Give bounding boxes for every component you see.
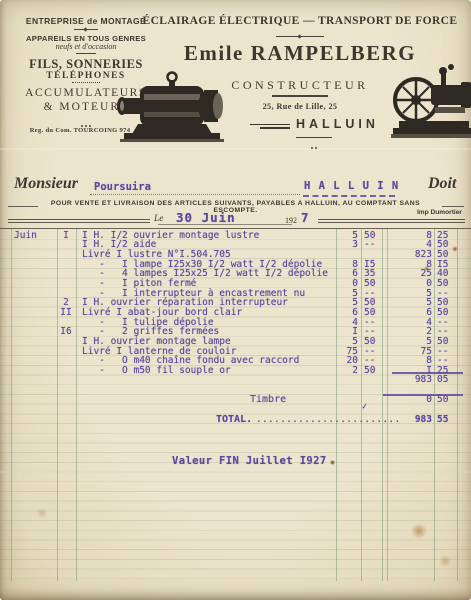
cell-unit-price-francs: 0	[326, 279, 358, 289]
pen-check-mark: ✓	[361, 402, 368, 413]
table-row: I6 - 2 griffes ferméesI--2--	[0, 327, 471, 337]
timbre-francs: 0	[390, 395, 432, 405]
invoice-line-items: JuinII H. I/2 ouvrier montage lustre5508…	[0, 231, 471, 376]
client-city-dashed-underline	[303, 195, 395, 197]
steam-engine-engraving	[391, 55, 471, 150]
total-dot-leaders: ........................	[256, 415, 400, 425]
total-centimes: 55	[437, 415, 455, 425]
ornament-divider	[276, 36, 324, 37]
cell-day: I6	[56, 327, 76, 337]
timbre-label: Timbre	[250, 395, 286, 405]
ornament-rule	[272, 95, 328, 97]
ornament-divider	[74, 29, 98, 30]
cell-unit-price-centimes: --	[364, 240, 380, 250]
table-row: - 4 lampes I25x25 I/2 watt I/2 dépolie63…	[0, 269, 471, 279]
cell-description: Livré I lustre N°I.504.705	[82, 250, 231, 260]
year-typed: 7	[301, 210, 309, 225]
electric-motor-engraving	[110, 70, 238, 144]
subtotal-centimes: 05	[437, 375, 455, 385]
invoice-page: ENTREPRISE de MONTAGE APPAREILS EN TOUS …	[0, 0, 471, 600]
date-value: 30 Juin	[176, 210, 236, 225]
table-row: JuinII H. I/2 ouvrier montage lustre5508…	[0, 231, 471, 241]
table-row: - O m40 chaîne fondu avec raccord20--8--	[0, 356, 471, 366]
terms-rule-right	[442, 206, 464, 207]
company-city: HALLUIN	[296, 117, 379, 131]
salutation-script: Monsieur	[14, 175, 78, 193]
ornament-divider	[76, 53, 96, 54]
cell-unit-price-centimes: 50	[364, 279, 380, 289]
client-city: H A L L U I N	[304, 180, 399, 192]
subtotal-francs: 983	[390, 375, 432, 385]
cell-amount-francs: 0	[390, 279, 432, 289]
ornament-divider	[296, 137, 332, 157]
client-dotted-line	[90, 194, 300, 195]
date-rule-right	[318, 219, 465, 223]
cell-amount-francs: 823	[390, 250, 432, 260]
total-label: TOTAL.	[216, 415, 252, 425]
ornament-double-line	[250, 124, 290, 129]
cell-day: II	[56, 308, 76, 318]
doit-script: Doit	[428, 175, 456, 193]
year-printed: 192	[285, 216, 297, 225]
ornament-divider	[72, 82, 100, 83]
table-top-rule	[0, 228, 471, 229]
cell-amount-centimes: 50	[437, 279, 455, 289]
cell-month: Juin	[14, 231, 54, 241]
date-prefix: Le	[154, 214, 164, 224]
client-name: Poursuira	[94, 181, 151, 193]
table-row: IILivré I abat-jour bord clair650650	[0, 308, 471, 318]
date-rule-left	[8, 219, 150, 223]
table-row: I H. I/2 aide3--450	[0, 240, 471, 250]
printer-credit: Imp Dumortier	[390, 209, 462, 216]
cell-unit-price-francs: 3	[326, 240, 358, 250]
terms-rule-left	[8, 206, 38, 207]
total-francs: 983	[390, 415, 432, 425]
cell-day: I	[56, 231, 76, 241]
cell-amount-centimes: 50	[437, 250, 455, 260]
cell-description: - I piton fermé	[82, 279, 196, 289]
letterhead-tagline: ÉCLAIRAGE ÉLECTRIQUE — TRANSPORT DE FORC…	[135, 15, 465, 27]
validity-note: Valeur FIN Juillet I927	[172, 455, 327, 467]
total-rule	[383, 394, 463, 396]
timbre-centimes: 50	[437, 395, 455, 405]
